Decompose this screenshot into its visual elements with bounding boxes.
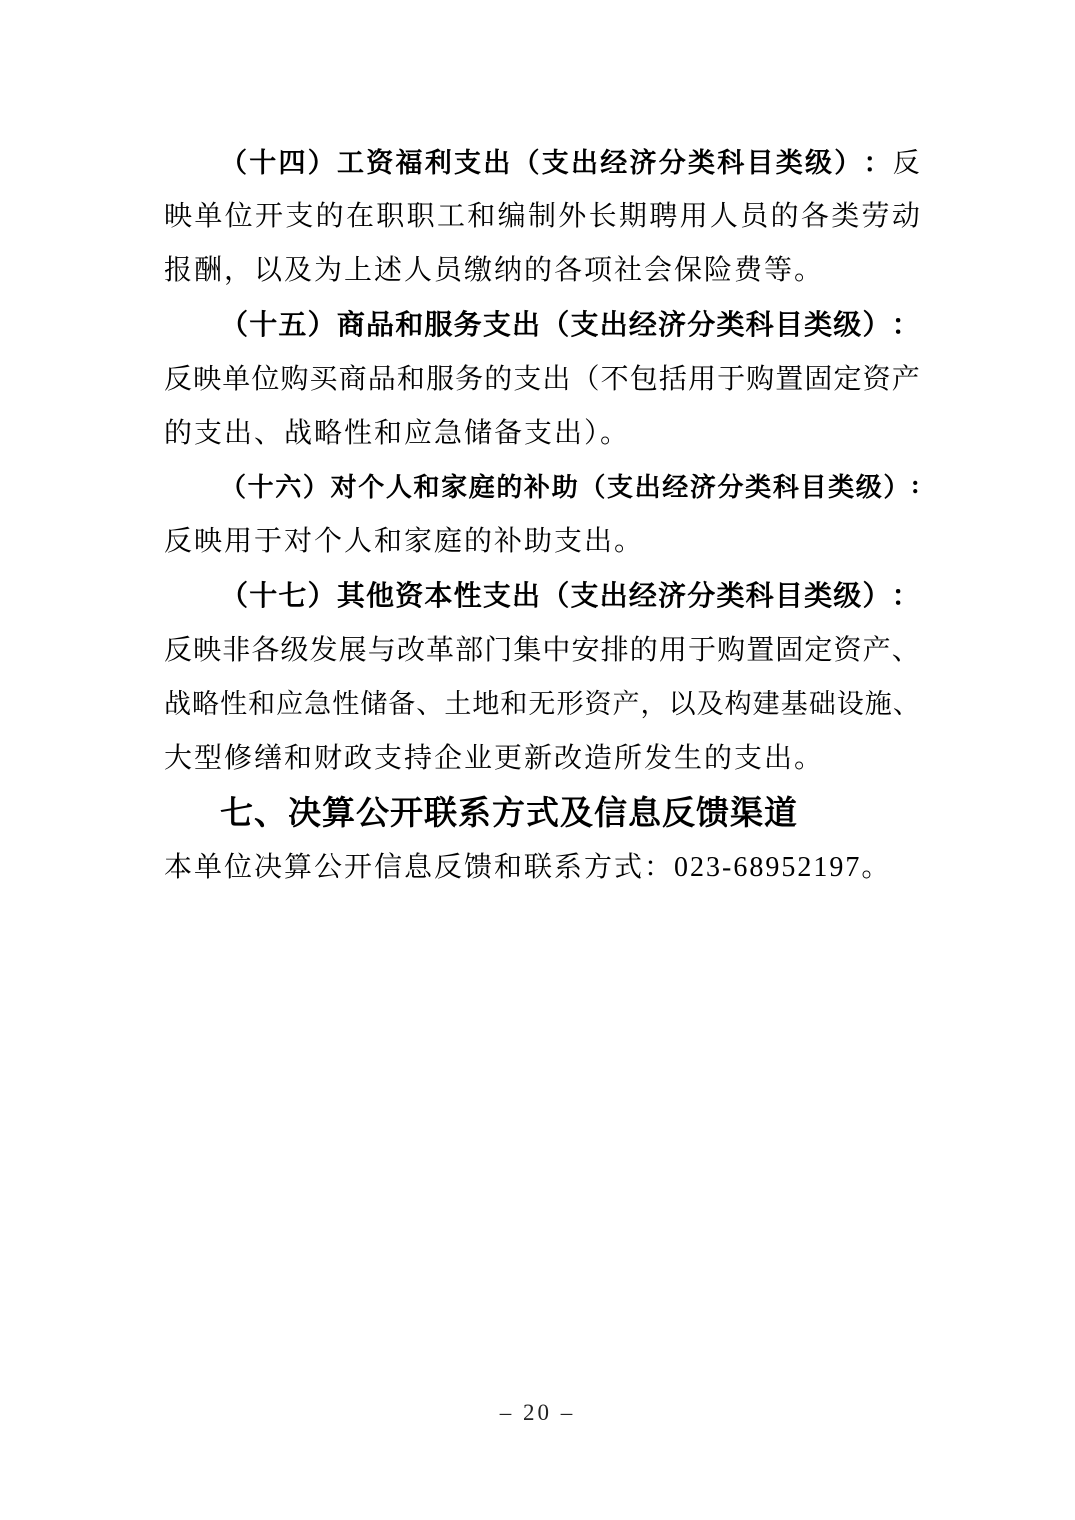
paragraph-17-end-line: 大型修缮和财政支持企业更新改造所发生的支出。 xyxy=(164,729,920,783)
section-7-heading: 七、决算公开联系方式及信息反馈渠道 xyxy=(164,783,920,837)
paragraph-17-body-line-1: 反映非各级发展与改革部门集中安排的用于购置固定资产、 xyxy=(164,621,920,675)
contact-info-line: 本单位决算公开信息反馈和联系方式：023-68952197。 xyxy=(164,837,920,891)
paragraph-17-body-line-2: 战略性和应急性储备、土地和无形资产，以及构建基础设施、 xyxy=(164,675,920,729)
paragraph-15-body-line: 反映单位购买商品和服务的支出（不包括用于购置固定资产 xyxy=(164,350,920,404)
paragraph-16-lead-line: （十六）对个人和家庭的补助（支出经济分类科目类级）: xyxy=(164,458,920,512)
document-body: （十四）工资福利支出（支出经济分类科目类级）：反 映单位开支的在职职工和编制外长… xyxy=(164,133,920,892)
paragraph-16-end-line: 反映用于对个人和家庭的补助支出。 xyxy=(164,512,920,566)
paragraph-17-lead-line: （十七）其他资本性支出（支出经济分类科目类级）： xyxy=(164,567,920,621)
paragraph-15-end-line: 的支出、战略性和应急储备支出）。 xyxy=(164,404,920,458)
paragraph-14-body-line: 映单位开支的在职职工和编制外长期聘用人员的各类劳动 xyxy=(164,187,920,241)
page-number: – 20 – xyxy=(0,1400,1075,1426)
paragraph-15-lead-line: （十五）商品和服务支出（支出经济分类科目类级）： xyxy=(164,296,920,350)
document-page: （十四）工资福利支出（支出经济分类科目类级）：反 映单位开支的在职职工和编制外长… xyxy=(0,0,1075,1520)
paragraph-14-end-line: 报酬，以及为上述人员缴纳的各项社会保险费等。 xyxy=(164,241,920,295)
paragraph-14-lead-line: （十四）工资福利支出（支出经济分类科目类级）：反 xyxy=(164,133,920,187)
